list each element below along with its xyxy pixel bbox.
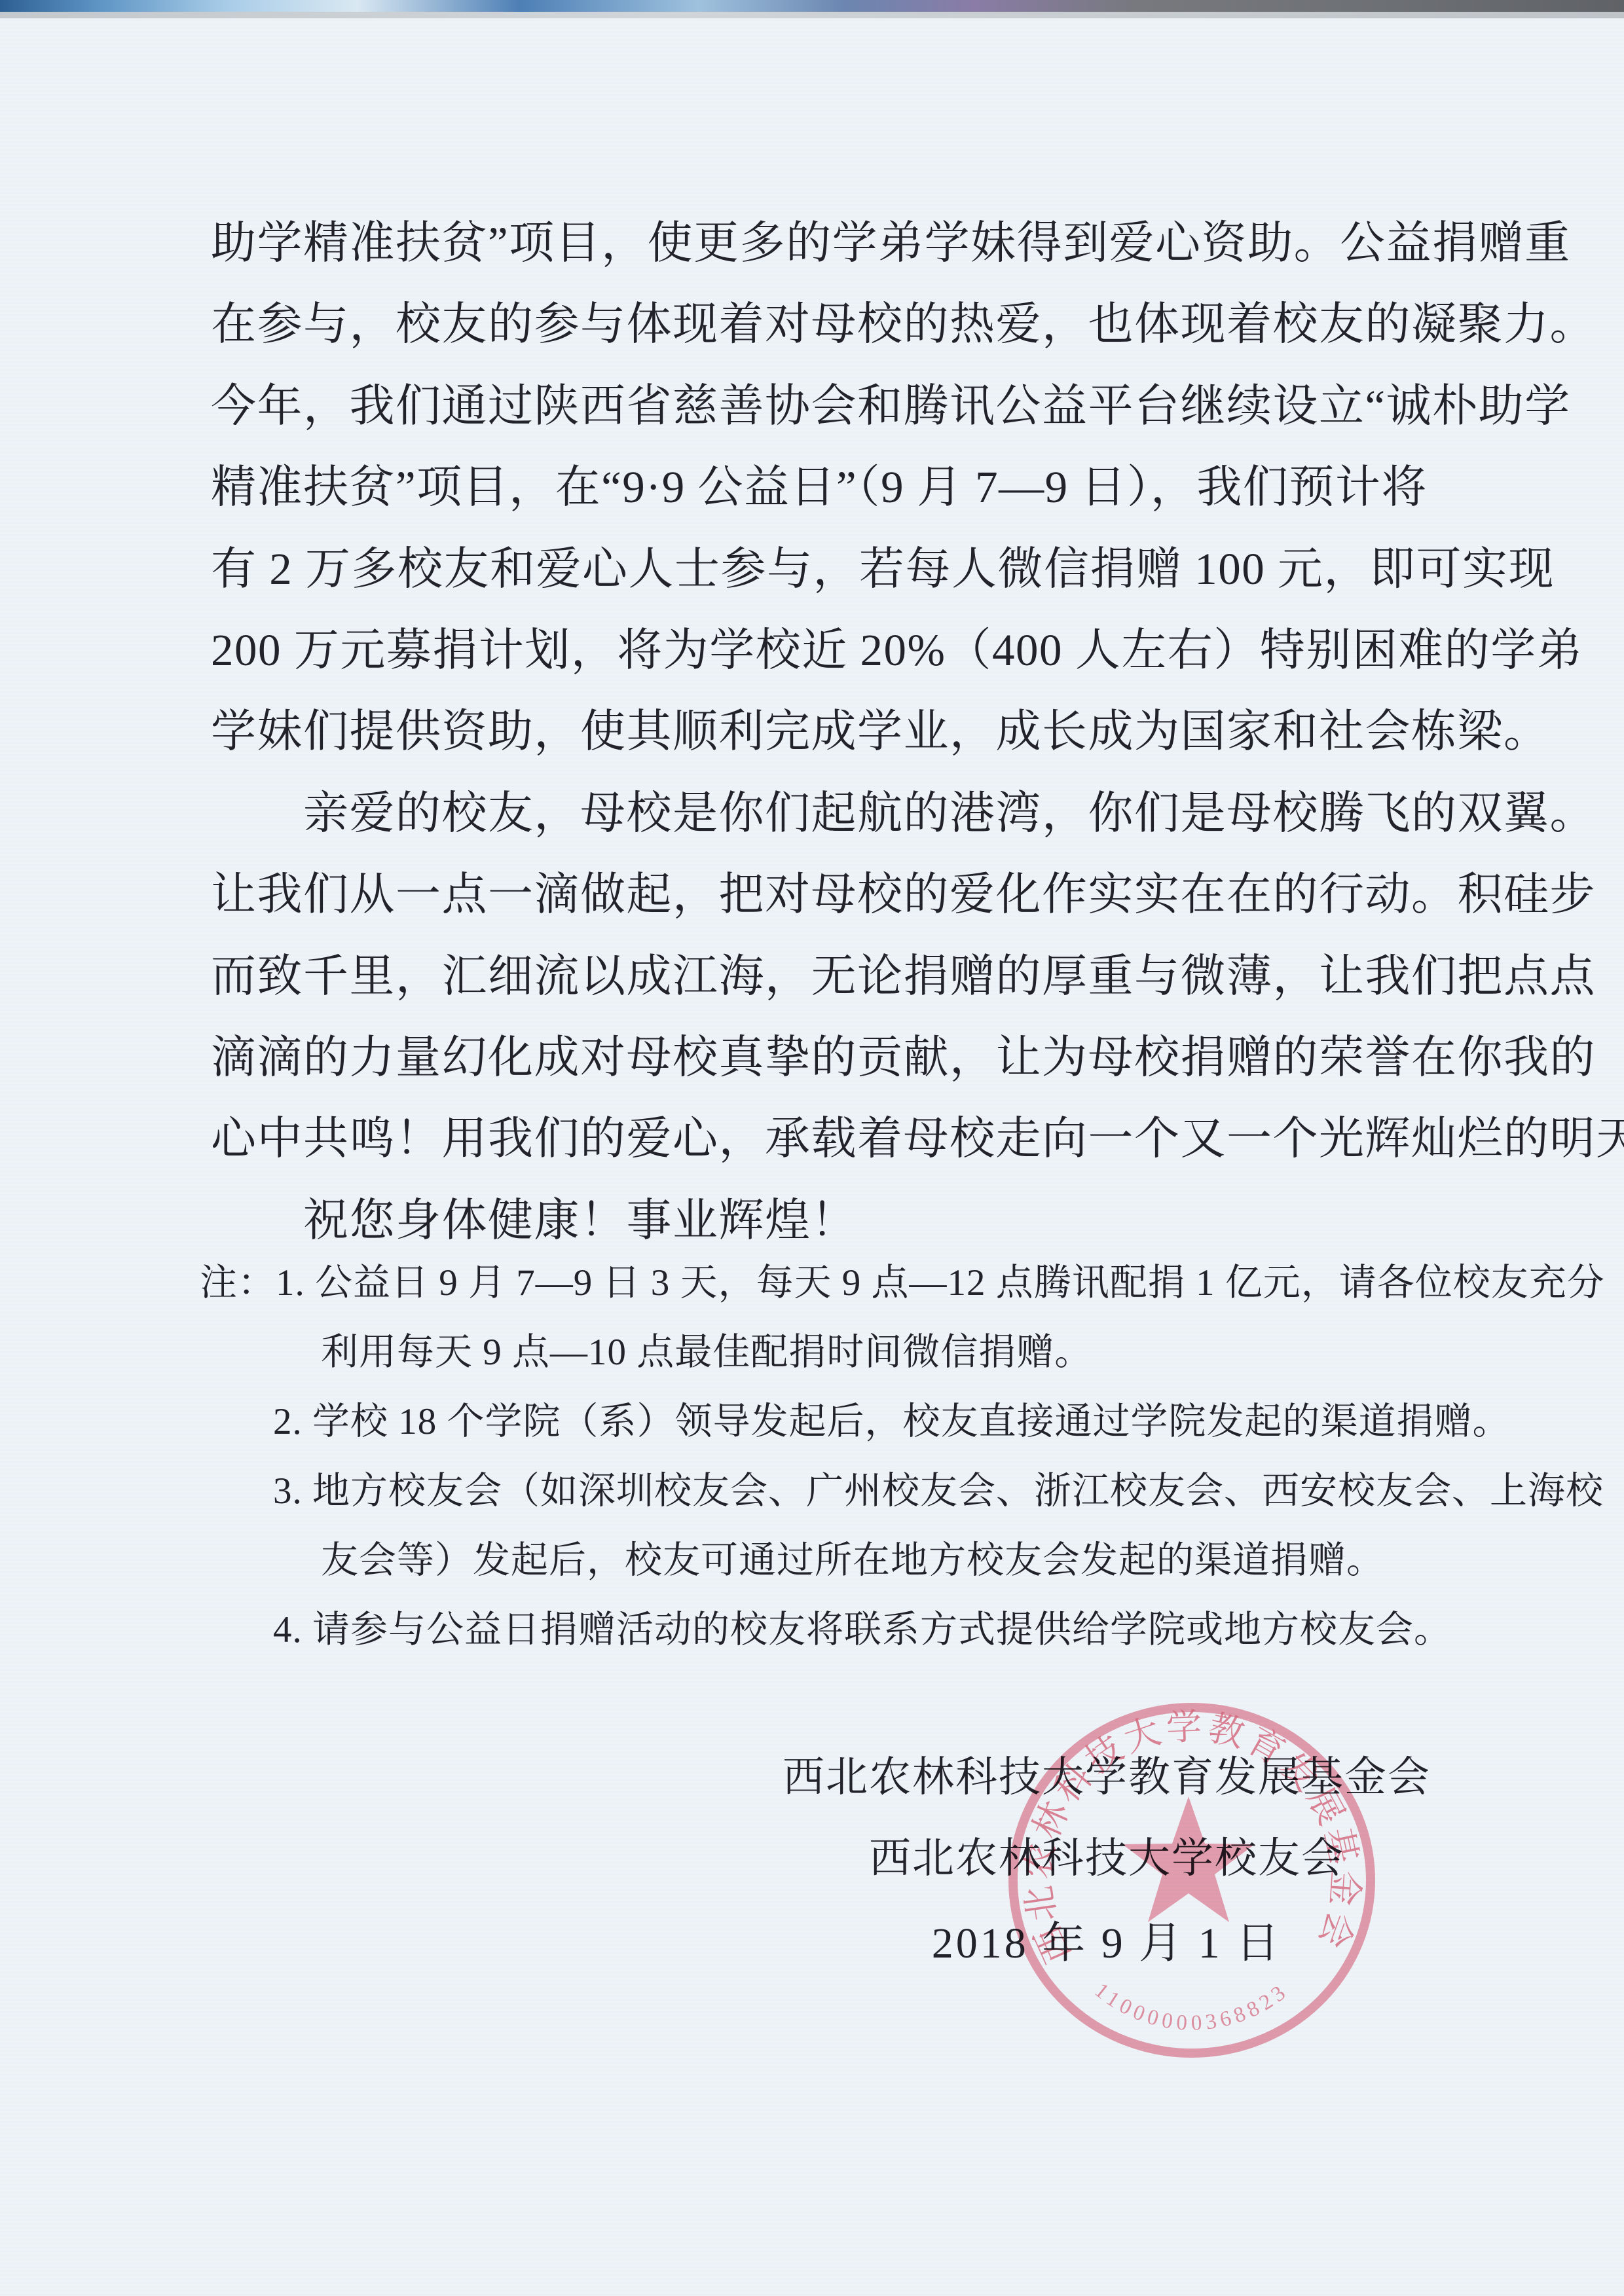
note-line: 注：1. 公益日 9 月 7—9 日 3 天，每天 9 点—12 点腾讯配捐 1… (200, 1248, 1503, 1318)
note-line: 友会等）发起后，校友可通过所在地方校友会发起的渠道捐赠。 (200, 1526, 1503, 1595)
seal-serial-number: 11000000368823 (1090, 1978, 1294, 2035)
body-line: 200 万元募捐计划，将为学校近 20%（400 人左右）特别困难的学弟 (211, 610, 1494, 691)
official-seal: 西北农林科技大学教育发展基金会 11000000368823 (1002, 1697, 1379, 2064)
body-line: 滴滴的力量幻化成对母校真挚的贡献，让为母校捐赠的荣誉在你我的 (211, 1017, 1494, 1098)
scan-edge-artifact-shadow (0, 12, 1624, 18)
svg-text:11000000368823: 11000000368823 (1090, 1978, 1294, 2035)
note-line: 3. 地方校友会（如深圳校友会、广州校友会、浙江校友会、西安校友会、上海校 (200, 1457, 1503, 1526)
body-line: 助学精准扶贫”项目，使更多的学弟学妹得到爱心资助。公益捐赠重 (211, 202, 1494, 283)
notes-section: 注：1. 公益日 9 月 7—9 日 3 天，每天 9 点—12 点腾讯配捐 1… (200, 1248, 1503, 1665)
body-line: 亲爱的校友，母校是你们起航的港湾，你们是母校腾飞的双翼。 (211, 773, 1494, 854)
body-line: 精准扶贫”项目，在“9·9 公益日”（9 月 7—9 日），我们预计将 (211, 446, 1494, 528)
body-line: 有 2 万多校友和爱心人士参与，若每人微信捐赠 100 元，即可实现 (211, 528, 1494, 610)
seal-star-icon (1122, 1796, 1255, 1922)
body-line: 让我们从一点一滴做起，把对母校的爱化作实实在在的行动。积硅步 (211, 854, 1494, 935)
scanned-letter-page: 助学精准扶贫”项目，使更多的学弟学妹得到爱心资助。公益捐赠重 在参与，校友的参与… (0, 0, 1624, 2296)
body-line: 在参与，校友的参与体现着对母校的热爱，也体现着校友的凝聚力。 (211, 283, 1494, 365)
body-line: 今年，我们通过陕西省慈善协会和腾讯公益平台继续设立“诚朴助学 (211, 365, 1494, 446)
letter-body: 助学精准扶贫”项目，使更多的学弟学妹得到爱心资助。公益捐赠重 在参与，校友的参与… (211, 202, 1494, 1261)
body-line: 而致千里，汇细流以成江海，无论捐赠的厚重与微薄，让我们把点点 (211, 936, 1494, 1017)
body-line: 心中共鸣！用我们的爱心，承载着母校走向一个又一个光辉灿烂的明天！ (211, 1098, 1494, 1179)
scan-edge-artifact (0, 0, 1624, 12)
body-line: 学妹们提供资助，使其顺利完成学业，成长成为国家和社会栋梁。 (211, 691, 1494, 772)
note-line: 4. 请参与公益日捐赠活动的校友将联系方式提供给学院或地方校友会。 (200, 1595, 1503, 1665)
note-line: 2. 学校 18 个学院（系）领导发起后，校友直接通过学院发起的渠道捐赠。 (200, 1387, 1503, 1457)
note-line: 利用每天 9 点—10 点最佳配捐时间微信捐赠。 (200, 1318, 1503, 1387)
